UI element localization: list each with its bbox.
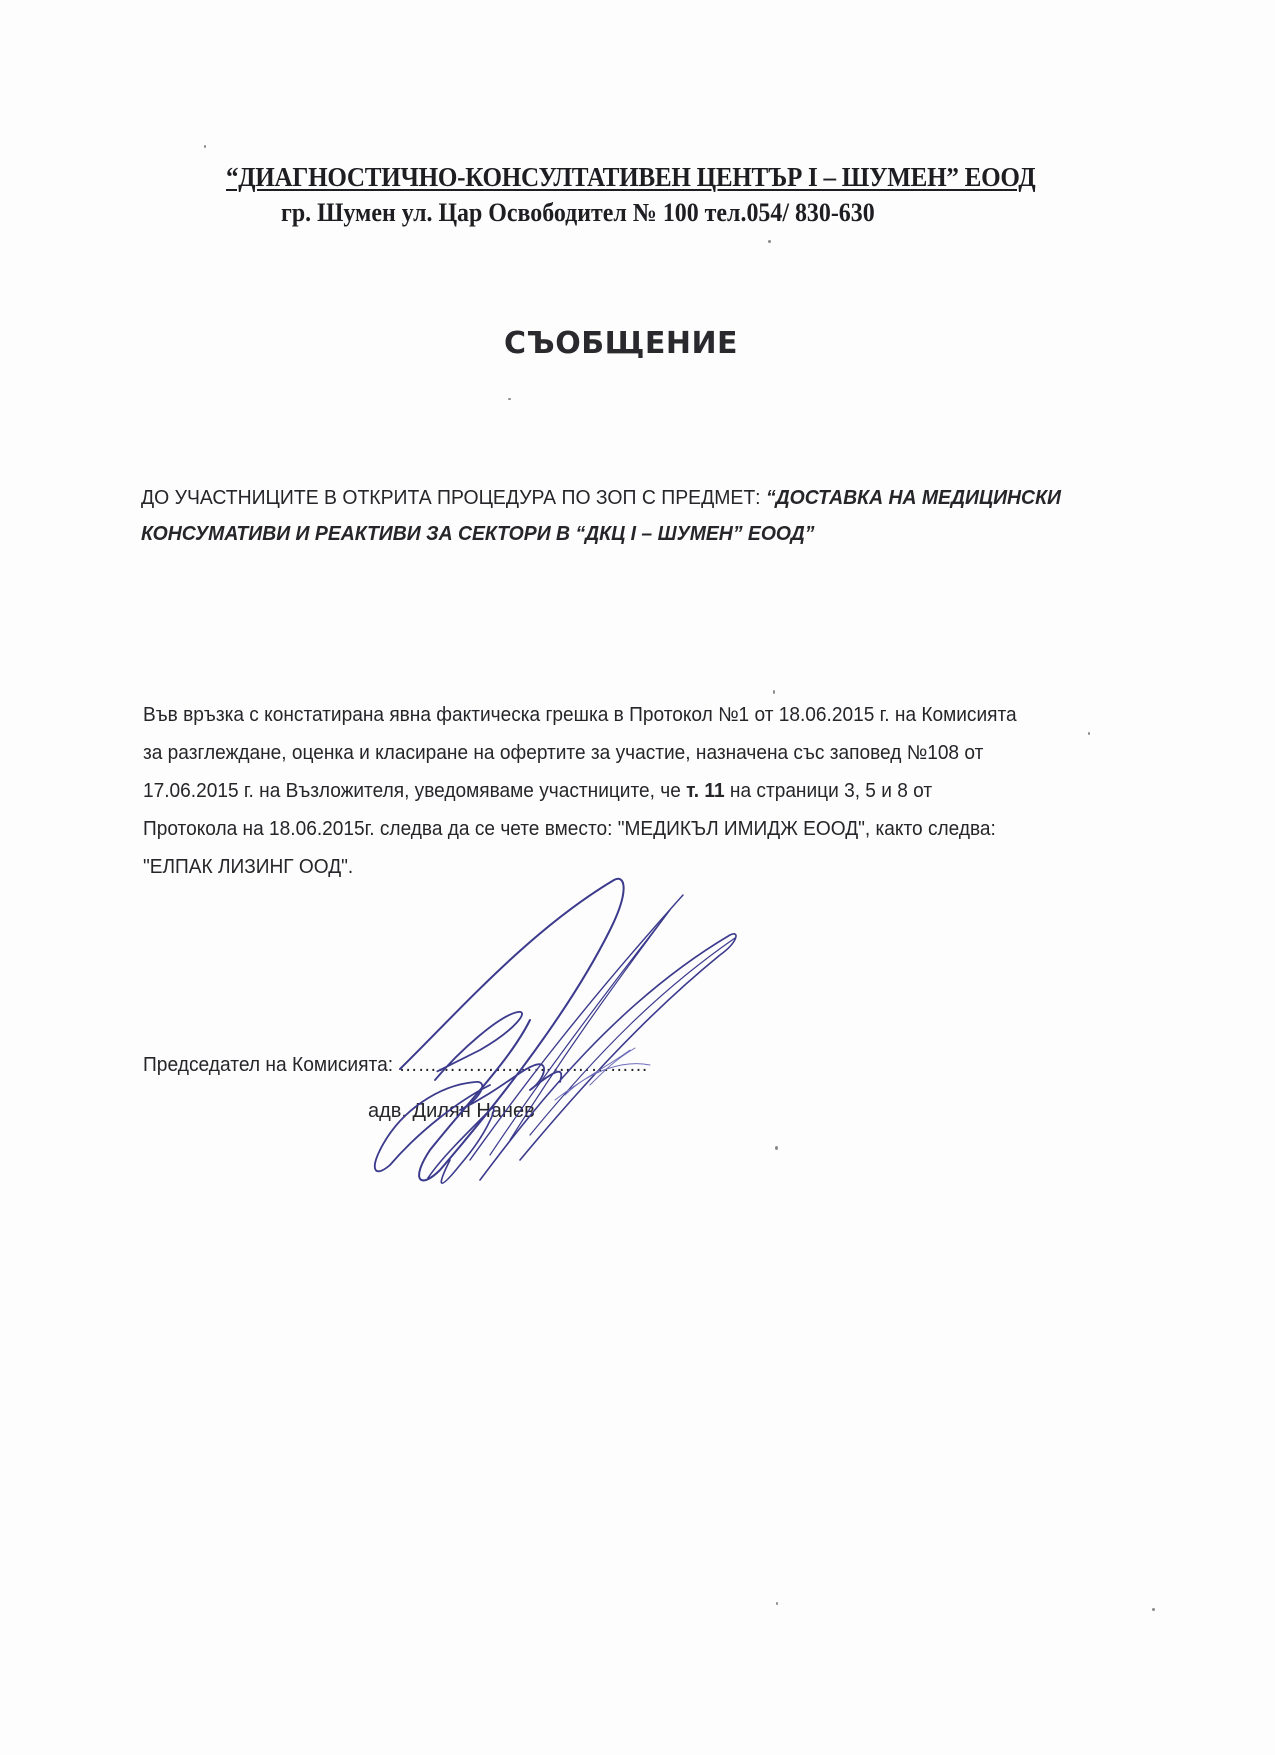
scan-speck bbox=[1152, 1608, 1155, 1611]
organization-name: “ДИАГНОСТИЧНО-КОНСУЛТАТИВЕН ЦЕНТЪР I – Ш… bbox=[226, 162, 1035, 192]
organization-address: гр. Шумен ул. Цар Освободител № 100 тел.… bbox=[281, 198, 875, 228]
body-line-1: Във връзка с констатирана явна фактическ… bbox=[143, 696, 1050, 734]
body-line-3: 17.06.2015 г. на Възложителя, уведомявам… bbox=[143, 772, 1050, 810]
subject-block: ДО УЧАСТНИЦИТЕ В ОТКРИТА ПРОЦЕДУРА ПО ЗО… bbox=[141, 480, 1101, 552]
document-title: СЪОБЩЕНИЕ bbox=[504, 326, 738, 361]
chairman-name: адв. Дилян Нанев bbox=[368, 1100, 535, 1123]
scan-speck bbox=[204, 145, 206, 148]
body-paragraph: Във връзка с констатирана явна фактическ… bbox=[143, 696, 1093, 886]
body-line-3-a: 17.06.2015 г. на Възложителя, уведомявам… bbox=[143, 780, 686, 802]
scan-speck bbox=[776, 1602, 778, 1605]
scan-speck bbox=[773, 690, 775, 694]
subject-line-1: ДО УЧАСТНИЦИТЕ В ОТКРИТА ПРОЦЕДУРА ПО ЗО… bbox=[141, 480, 1072, 516]
scan-speck bbox=[775, 1146, 778, 1150]
signature-dots: ………………………………… bbox=[398, 1054, 648, 1076]
document-page: “ДИАГНОСТИЧНО-КОНСУЛТАТИВЕН ЦЕНТЪР I – Ш… bbox=[0, 0, 1275, 1755]
handwritten-signature-icon bbox=[340, 860, 780, 1200]
body-line-2: за разглеждане, оценка и класиране на оф… bbox=[143, 734, 1050, 772]
body-line-5: "ЕЛПАК ЛИЗИНГ ООД". bbox=[143, 848, 1050, 886]
chairman-label: Председател на Комисията: bbox=[143, 1054, 398, 1076]
scan-speck bbox=[508, 398, 511, 400]
item-reference: т. 11 bbox=[686, 780, 724, 802]
subject-emphasis-2: КОНСУМАТИВИ И РЕАКТИВИ ЗА СЕКТОРИ В “ДКЦ… bbox=[141, 516, 1072, 552]
body-line-3-b: на страници 3, 5 и 8 от bbox=[725, 780, 932, 802]
subject-emphasis-1: “ДОСТАВКА НА МЕДИЦИНСКИ bbox=[766, 487, 1061, 509]
scan-speck bbox=[768, 240, 771, 243]
scan-speck bbox=[1088, 732, 1090, 735]
body-line-4: Протокола на 18.06.2015г. следва да се ч… bbox=[143, 810, 1050, 848]
subject-prefix: ДО УЧАСТНИЦИТЕ В ОТКРИТА ПРОЦЕДУРА ПО ЗО… bbox=[141, 487, 766, 509]
organization-header: “ДИАГНОСТИЧНО-КОНСУЛТАТИВЕН ЦЕНТЪР I – Ш… bbox=[226, 162, 1000, 193]
chairman-signature-line: Председател на Комисията: ………………………………… bbox=[143, 1054, 648, 1077]
